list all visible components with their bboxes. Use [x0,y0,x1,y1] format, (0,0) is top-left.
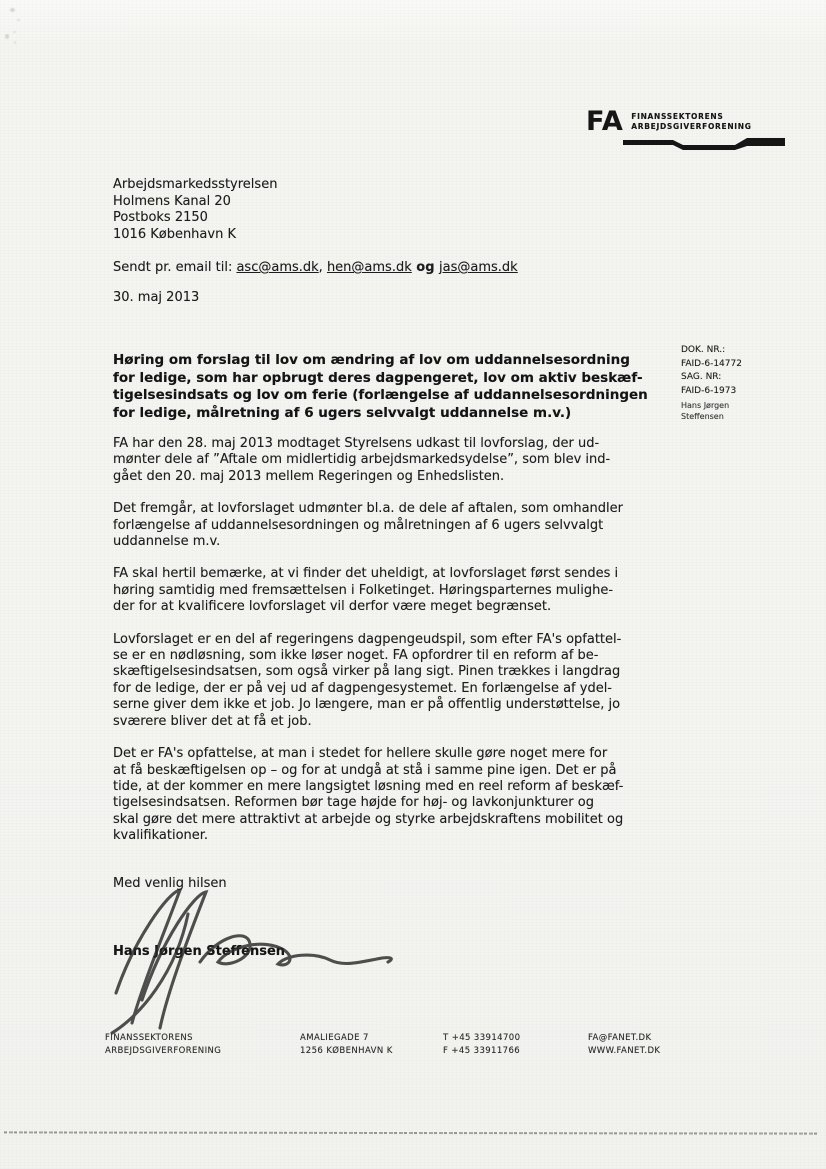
email-link-hen: hen@ams.dk [327,260,412,275]
fa-logo-monogram: FA [586,109,623,135]
recipient-address: Arbejdsmarkedsstyrelsen Holmens Kanal 20… [113,177,277,243]
sag-nr-label: SAG. NR: [681,371,791,385]
sag-nr-value: FAID-6-1973 [681,385,791,399]
fa-logo-swoosh-icon [623,138,785,152]
footer-org-name: FINANSSEKTORENS ARBEJDSGIVERFORENING [105,1032,221,1057]
email-link-jas: jas@ams.dk [439,260,518,275]
document-meta-block: DOK. NR.: FAID-6-14772 SAG. NR: FAID-6-1… [681,344,791,422]
conjunction-og: og [412,260,439,275]
email-link-asc: asc@ams.dk [236,260,318,275]
body-paragraph: Det er FA's opfattelse, at man i stedet … [113,746,665,844]
dok-nr-label: DOK. NR.: [681,344,791,358]
sent-via-line: Sendt pr. email til: asc@ams.dk, hen@ams… [113,260,518,275]
sent-via-prefix: Sendt pr. email til: [113,260,236,275]
scan-artifact-line [4,1131,818,1134]
fa-logo-orgname: FINANSSEKTORENS ARBEJDSGIVERFORENING [631,112,751,131]
footer-phone-fax: T +45 33914700 F +45 33911766 [443,1032,520,1057]
body-paragraph: FA skal hertil bemærke, at vi finder det… [113,566,665,615]
scan-artifact-speck [10,8,15,12]
signer-name: Hans Jørgen Steffensen [113,944,285,959]
dok-nr-value: FAID-6-14772 [681,358,791,372]
meta-author-name: Hans Jørgen Steffensen [681,400,791,422]
letter-body: FA har den 28. maj 2013 modtaget Styrels… [113,436,665,861]
scanned-letter-page: FA FINANSSEKTORENS ARBEJDSGIVERFORENING … [0,0,826,1169]
letter-date: 30. maj 2013 [113,290,199,305]
scan-artifact-speck [5,34,9,39]
body-paragraph: Lovforslaget er en del af regeringens da… [113,632,665,730]
footer-email-web: FA@FANET.DK WWW.FANET.DK [588,1032,660,1057]
footer-address: AMALIEGADE 7 1256 KØBENHAVN K [300,1032,393,1057]
subject-heading: Høring om forslag til lov om ændring af … [113,352,665,422]
body-paragraph: FA har den 28. maj 2013 modtaget Styrels… [113,436,665,485]
fa-logo: FA FINANSSEKTORENS ARBEJDSGIVERFORENING [586,109,786,135]
body-paragraph: Det fremgår, at lovforslaget udmønter bl… [113,501,665,550]
separator-comma: , [319,260,327,275]
closing-salutation: Med venlig hilsen [113,876,227,891]
